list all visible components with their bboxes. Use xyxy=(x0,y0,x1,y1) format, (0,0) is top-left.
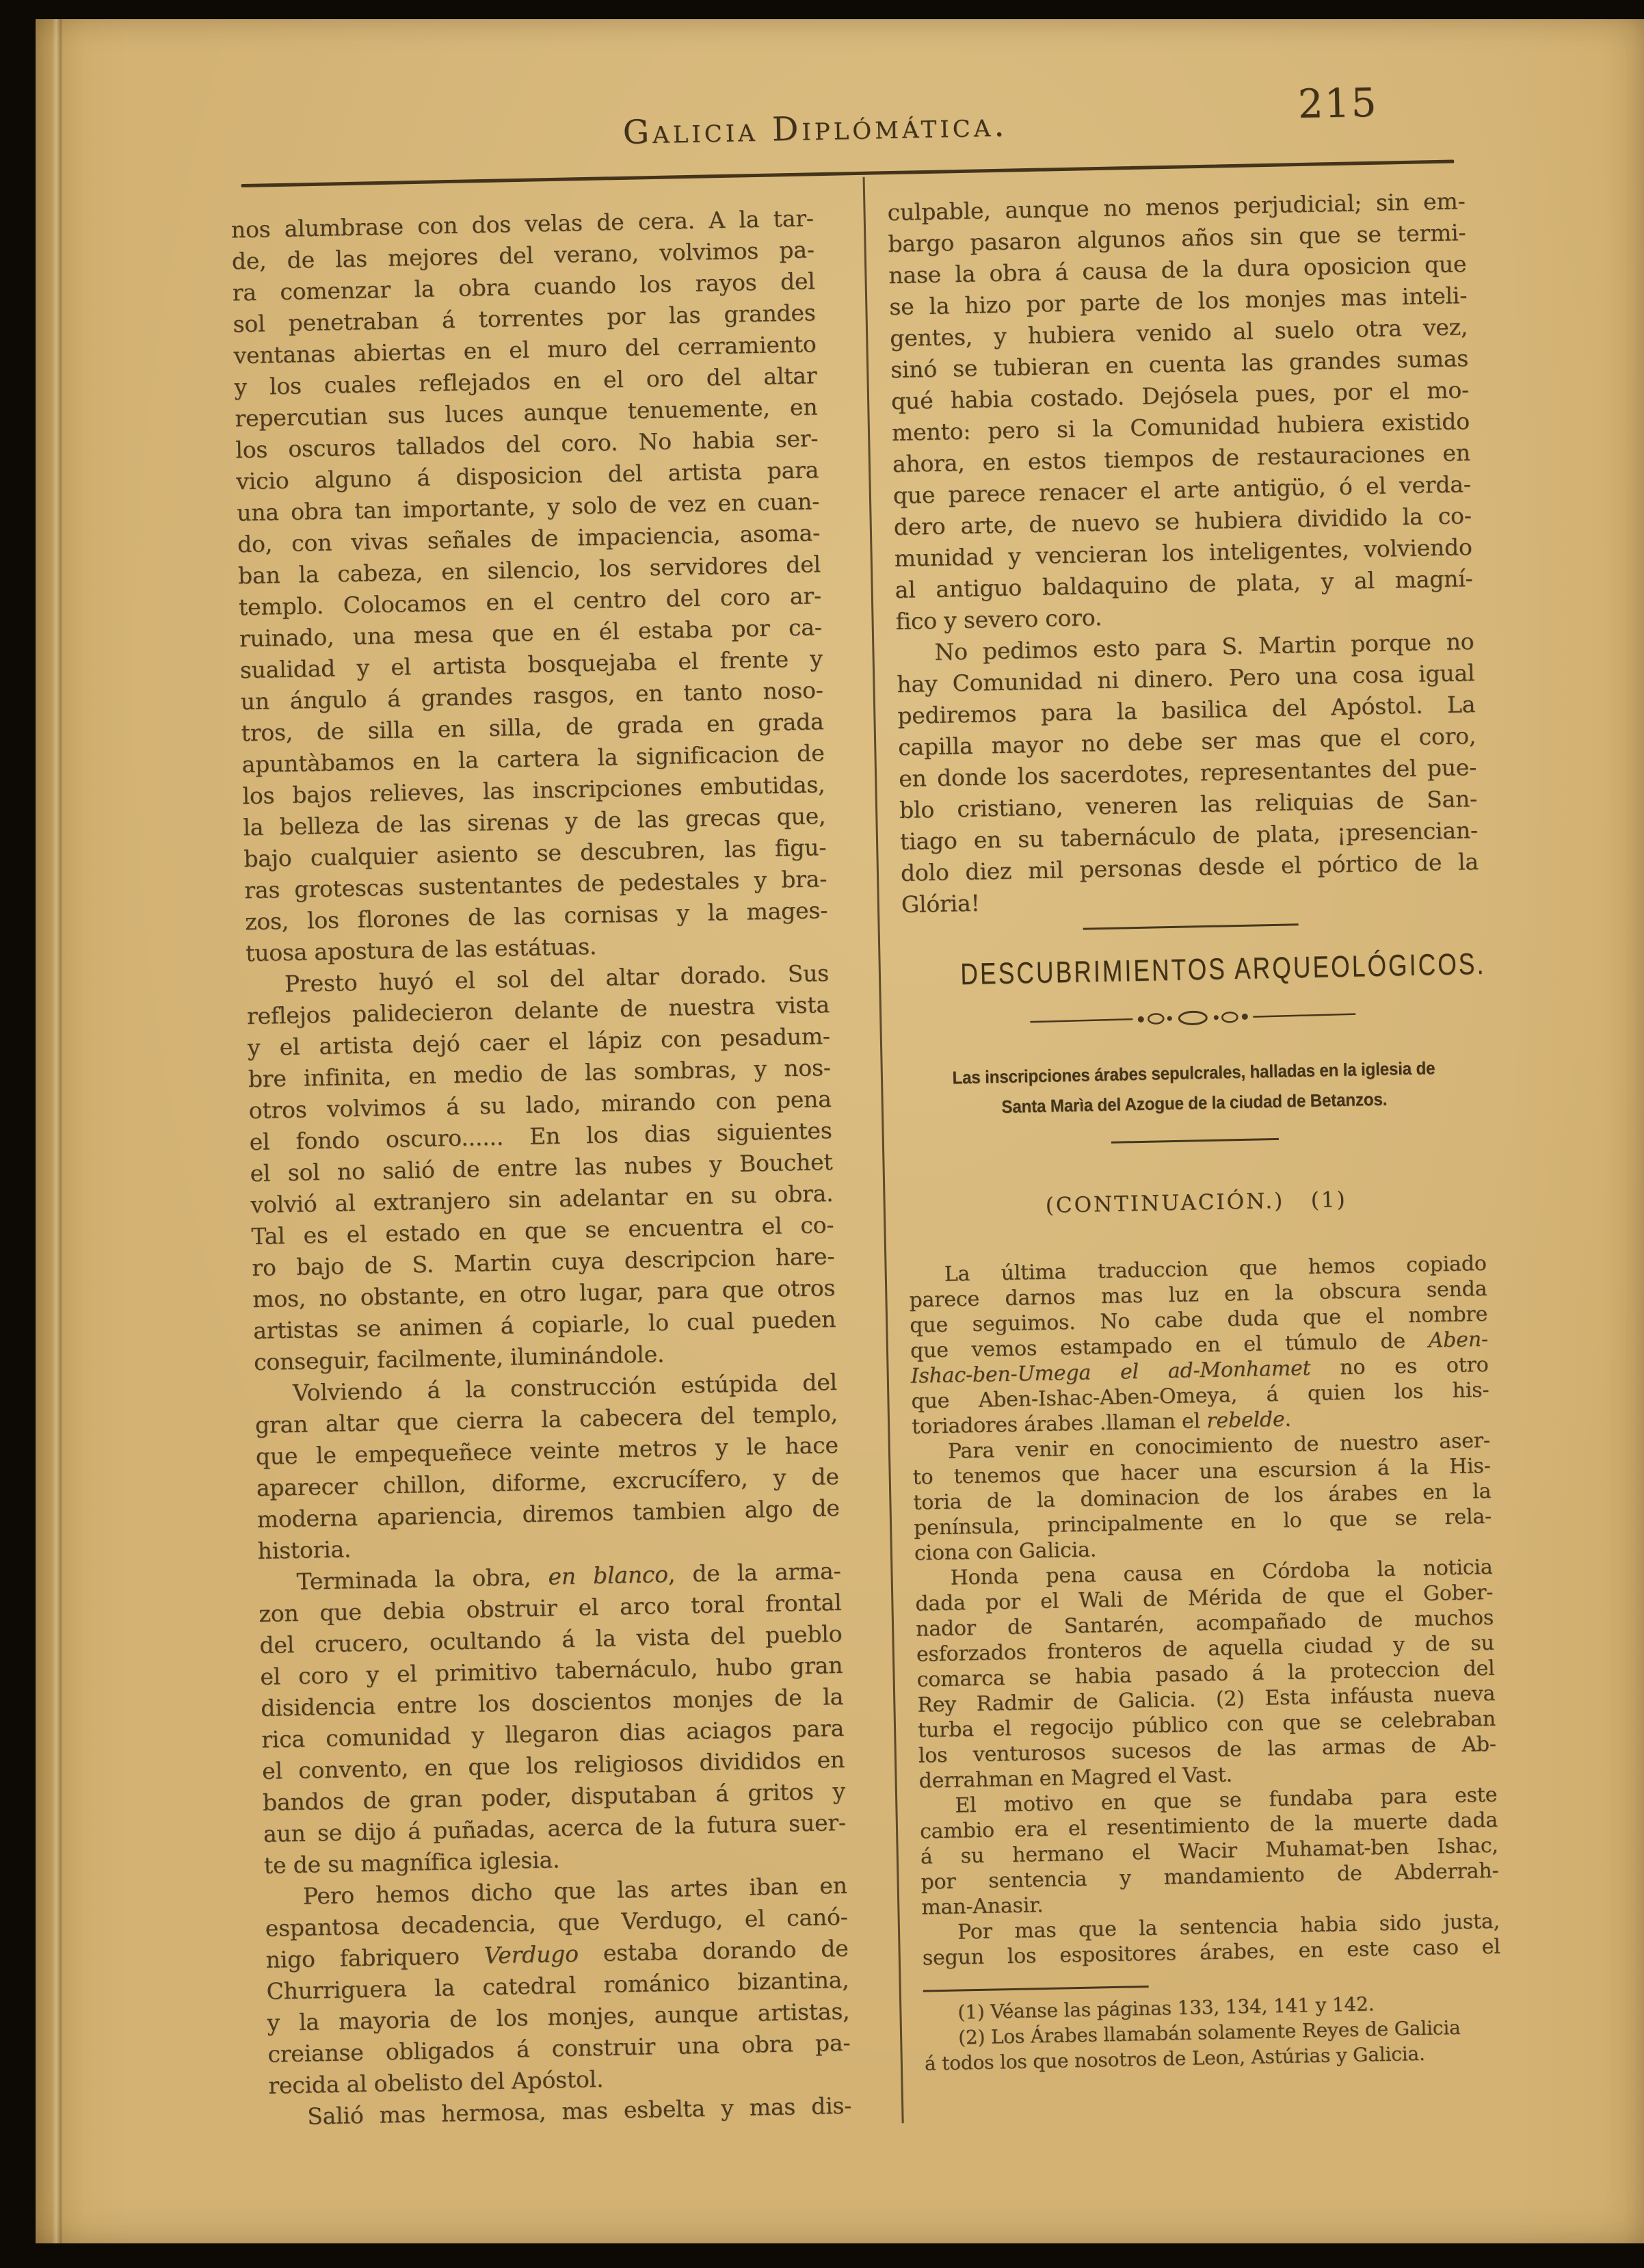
paragraph: La última traduccion que hemos copiadopa… xyxy=(908,1251,1489,1440)
section-separator-rule xyxy=(1083,923,1299,929)
footnotes: (1) Véanse las páginas 133, 134, 141 y 1… xyxy=(923,1989,1502,2076)
paragraph: Honda pena causa en Córdoba la noticiada… xyxy=(914,1555,1497,1794)
scanned-page: Galicia Diplómática. 215 nos alumbrase c… xyxy=(18,10,1644,2256)
scan-edge-left xyxy=(18,10,36,2256)
scan-edge-bottom xyxy=(18,2243,1644,2256)
paragraph: Presto huyó el sol del altar dorado. Sus… xyxy=(246,958,837,1378)
article-body: La última traduccion que hemos copiadopa… xyxy=(908,1251,1500,1971)
right-column-top-text: culpable, aunque no menos perjudicial; s… xyxy=(887,185,1479,921)
paragraph: Pero hemos dicho que las artes iban enes… xyxy=(264,1870,851,2102)
paragraph: Para venir en conocimiento de nuestro as… xyxy=(912,1428,1493,1566)
paragraph: Por mas que la sentencia habia sido just… xyxy=(922,1909,1500,1971)
paragraph: Terminada la obra, en blanco, de la arma… xyxy=(258,1555,847,1882)
section-heading: DESCUBRIMIENTOS ARQUEOLÓGICOS. xyxy=(960,949,1423,992)
footnote-rule xyxy=(923,1986,1149,1992)
ornament-divider-icon xyxy=(903,997,1481,1025)
page-content: Galicia Diplómática. 215 nos alumbrase c… xyxy=(0,0,1644,2268)
scan-edge-top xyxy=(18,10,1644,19)
paragraph: El motivo en que se fundaba para estecam… xyxy=(919,1782,1500,1921)
paragraph: nos alumbrase con dos velas de cera. A l… xyxy=(230,202,828,969)
paragraph: Volviendo á la construcción estúpida del… xyxy=(254,1367,840,1567)
paragraph: No pedimos esto para S. Martin porque no… xyxy=(896,626,1479,921)
page-number: 215 xyxy=(1297,79,1378,127)
article-subtitle: Las inscripciones árabes sepulcrales, ha… xyxy=(905,1052,1484,1124)
continuation-label: (CONTINUACIÓN.) (1) xyxy=(907,1181,1485,1224)
header-rule xyxy=(241,159,1455,187)
masthead-title: Galicia Diplómática. xyxy=(2,93,1629,164)
left-column: nos alumbrase con dos velas de cera. A l… xyxy=(230,202,851,2133)
paragraph: culpable, aunque no menos perjudicial; s… xyxy=(887,185,1474,637)
subtitle-rule xyxy=(1111,1138,1279,1144)
right-column: culpable, aunque no menos perjudicial; s… xyxy=(887,185,1502,2076)
